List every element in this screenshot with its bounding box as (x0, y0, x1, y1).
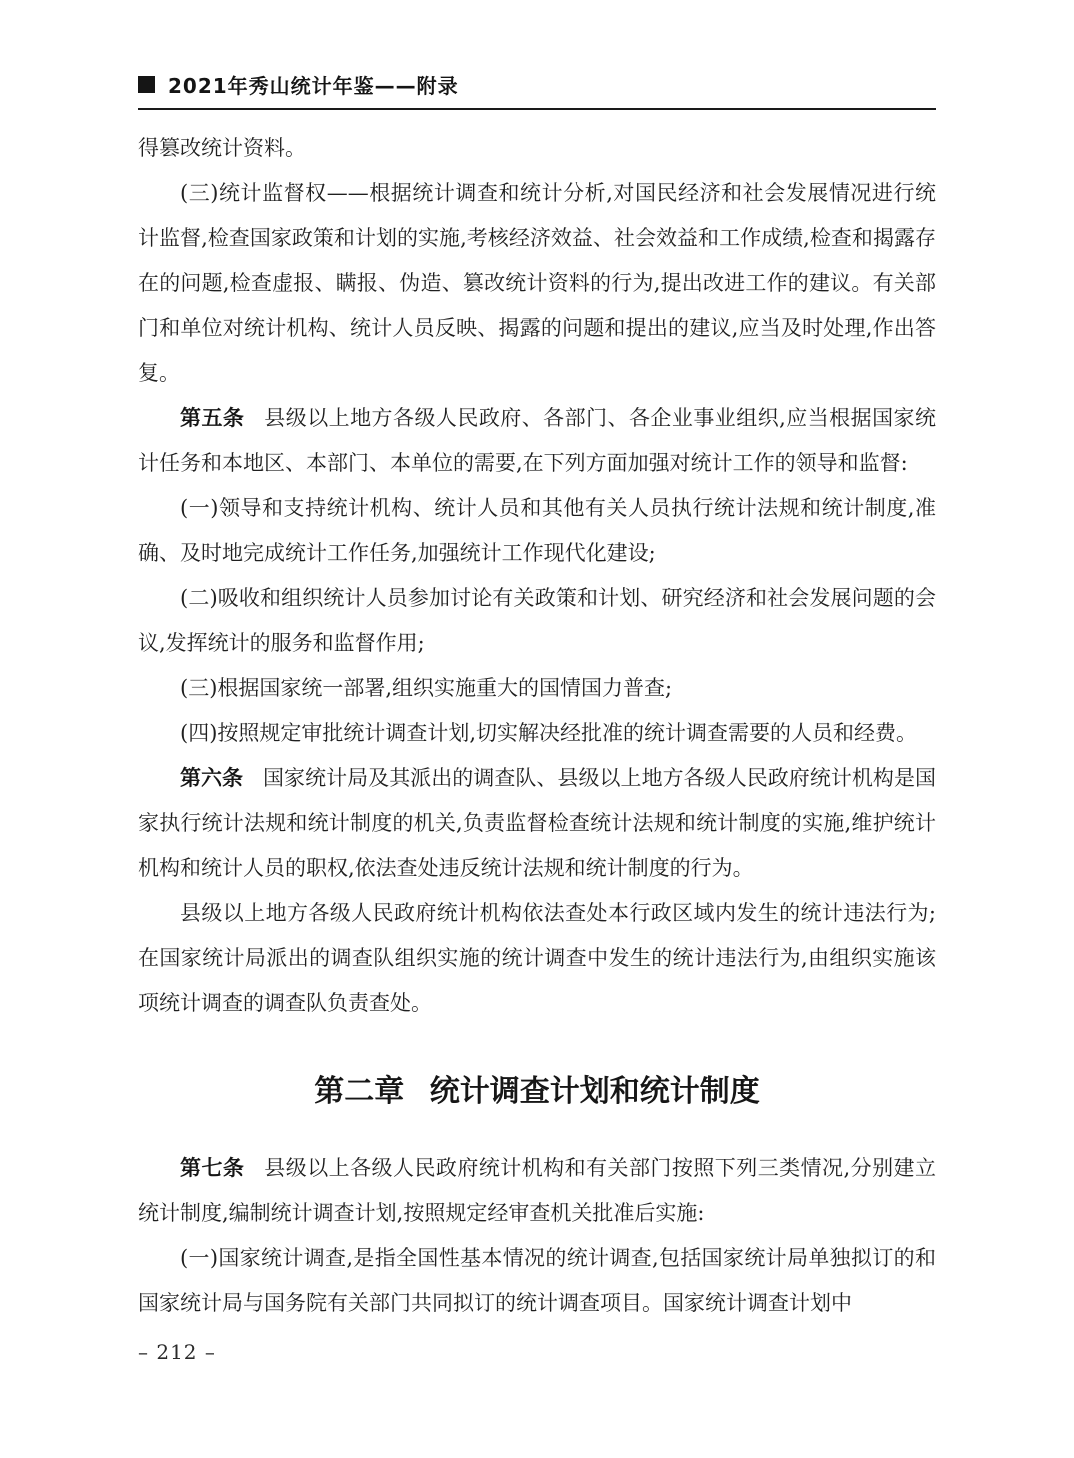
chapter-title: 统计调查计划和统计制度 (430, 1074, 760, 1109)
chapter-heading: 第二章统计调查计划和统计制度 (138, 1068, 936, 1116)
article-text: 县级以上各级人民政府统计机构和有关部门按照下列三类情况,分别建立统计制度,编制统… (138, 1156, 936, 1225)
article-text: 国家统计局及其派出的调查队、县级以上地方各级人民政府统计机构是国家执行统计法规和… (138, 766, 936, 880)
page-number: – 212 – (138, 1340, 216, 1364)
page-footer: – 212 – (138, 1338, 936, 1366)
paragraph: (四)按照规定审批统计调查计划,切实解决经批准的统计调查需要的人员和经费。 (138, 711, 936, 756)
article-paragraph: 第六条国家统计局及其派出的调查队、县级以上地方各级人民政府统计机构是国家执行统计… (138, 756, 936, 891)
paragraph: (二)吸收和组织统计人员参加讨论有关政策和计划、研究经济和社会发展问题的会议,发… (138, 576, 936, 666)
header-title: 2021年秀山统计年鉴——附录 (168, 70, 459, 99)
square-marker-icon (138, 76, 155, 93)
article-paragraph: 第五条县级以上地方各级人民政府、各部门、各企业事业组织,应当根据国家统计任务和本… (138, 396, 936, 486)
article-paragraph: 第七条县级以上各级人民政府统计机构和有关部门按照下列三类情况,分别建立统计制度,… (138, 1146, 936, 1236)
document-body: 得篡改统计资料。 (三)统计监督权——根据统计调查和统计分析,对国民经济和社会发… (138, 126, 936, 1326)
chapter-number: 第二章 (314, 1074, 404, 1109)
page-header: 2021年秀山统计年鉴——附录 (138, 0, 936, 110)
article-number: 第七条 (180, 1156, 244, 1180)
paragraph: 得篡改统计资料。 (138, 126, 936, 171)
yearbook-page: 2021年秀山统计年鉴——附录 得篡改统计资料。 (三)统计监督权——根据统计调… (0, 0, 1074, 1458)
article-text: 县级以上地方各级人民政府、各部门、各企业事业组织,应当根据国家统计任务和本地区、… (138, 406, 936, 475)
paragraph: 县级以上地方各级人民政府统计机构依法查处本行政区域内发生的统计违法行为;在国家统… (138, 891, 936, 1026)
paragraph: (一)国家统计调查,是指全国性基本情况的统计调查,包括国家统计局单独拟订的和国家… (138, 1236, 936, 1326)
paragraph: (一)领导和支持统计机构、统计人员和其他有关人员执行统计法规和统计制度,准确、及… (138, 486, 936, 576)
article-number: 第五条 (180, 406, 244, 430)
page-content: 2021年秀山统计年鉴——附录 得篡改统计资料。 (三)统计监督权——根据统计调… (138, 0, 936, 1366)
article-number: 第六条 (180, 766, 243, 790)
paragraph: (三)根据国家统一部署,组织实施重大的国情国力普查; (138, 666, 936, 711)
paragraph: (三)统计监督权——根据统计调查和统计分析,对国民经济和社会发展情况进行统计监督… (138, 171, 936, 396)
